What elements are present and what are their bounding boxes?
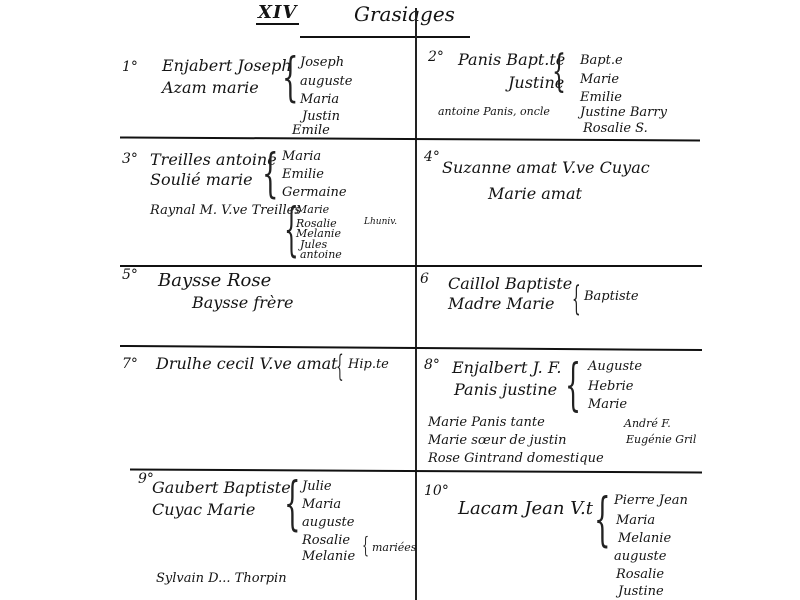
child-name: Julie bbox=[302, 480, 332, 493]
relative-name: Sylvain D... Thorpin bbox=[156, 572, 287, 585]
entry-number: 8° bbox=[424, 358, 440, 372]
row-divider-1 bbox=[120, 136, 700, 141]
annotation: André F. bbox=[624, 418, 671, 429]
child-name: Melanie bbox=[618, 532, 671, 545]
head-name: Treilles antoine bbox=[150, 152, 277, 168]
head-name: Lacam Jean V.t bbox=[458, 500, 593, 518]
head-name: Baysse frère bbox=[192, 295, 293, 311]
head-name: Madre Marie bbox=[448, 296, 555, 312]
child-name: Bapt.e bbox=[580, 54, 623, 67]
child-name: Hebrie bbox=[588, 380, 633, 393]
child-name: Joseph bbox=[300, 56, 344, 69]
child-name: Auguste bbox=[588, 360, 642, 373]
entry-number: 4° bbox=[424, 150, 440, 164]
relative-name: Justine Barry bbox=[580, 106, 667, 119]
child-name: Marie bbox=[588, 398, 627, 411]
head-name: Suzanne amat V.ve Cuyac bbox=[442, 160, 650, 176]
section-number: XIV bbox=[256, 4, 299, 25]
child-name: Marie bbox=[580, 73, 619, 86]
child-name: Hip.te bbox=[348, 358, 389, 371]
child-name: Marie bbox=[296, 204, 329, 215]
brace: { bbox=[284, 474, 301, 532]
brace: { bbox=[282, 52, 299, 104]
brace: { bbox=[262, 148, 279, 200]
child-name: antoine bbox=[300, 249, 342, 260]
child-name: Emilie bbox=[282, 168, 324, 181]
entry-number: 3° bbox=[122, 152, 138, 166]
relative-name: antoine Panis, oncle bbox=[438, 106, 550, 117]
child-name: auguste bbox=[300, 75, 352, 88]
row-divider-2 bbox=[120, 265, 702, 267]
brace: { bbox=[572, 282, 581, 316]
child-name: Maria bbox=[616, 514, 655, 527]
child-name: Maria bbox=[282, 150, 321, 163]
head-name: Caillol Baptiste bbox=[448, 276, 572, 292]
head-name: Panis justine bbox=[454, 382, 557, 398]
child-name: Baptiste bbox=[584, 290, 639, 303]
head-name: Baysse Rose bbox=[158, 272, 271, 290]
relative-name: Raynal M. V.ve Treilles bbox=[150, 204, 301, 217]
annotation: Lhuniv. bbox=[364, 218, 397, 227]
brace: { bbox=[336, 352, 344, 382]
child-name: Justine bbox=[618, 585, 664, 598]
brace: { bbox=[594, 490, 611, 548]
page-title: Grasiages bbox=[354, 4, 455, 24]
brace: { bbox=[552, 50, 566, 94]
head-name: Azam marie bbox=[162, 80, 259, 96]
column-divider bbox=[415, 8, 417, 600]
brace: { bbox=[565, 358, 581, 414]
child-name: Justin bbox=[302, 110, 340, 123]
head-name: Panis Bapt.te bbox=[458, 52, 565, 68]
head-name: Drulhe cecil V.ve amat bbox=[156, 356, 338, 372]
entry-number: 1° bbox=[122, 60, 138, 74]
brace: { bbox=[362, 536, 369, 558]
child-name: Pierre Jean bbox=[614, 494, 688, 507]
entry-number: 2° bbox=[428, 50, 444, 64]
head-name: Marie amat bbox=[488, 186, 582, 202]
child-name: Maria bbox=[300, 93, 339, 106]
title-underline bbox=[300, 36, 470, 38]
head-name: Cuyac Marie bbox=[152, 502, 255, 518]
child-name: Melanie bbox=[302, 550, 355, 563]
entry-number: 6 bbox=[420, 272, 429, 286]
annotation: mariées bbox=[372, 542, 416, 553]
relative-name: Rosalie S. bbox=[583, 122, 648, 135]
row-divider-3 bbox=[120, 345, 702, 351]
child-name: Maria bbox=[302, 498, 341, 511]
child-name: auguste bbox=[302, 516, 354, 529]
child-name: Rosalie bbox=[616, 568, 664, 581]
head-name: Gaubert Baptiste bbox=[152, 480, 291, 496]
child-name: Emile bbox=[292, 124, 330, 137]
register-page: XIV Grasiages 1° Enjabert Joseph Azam ma… bbox=[0, 0, 800, 600]
relative-name: Rose Gintrand domestique bbox=[428, 452, 604, 465]
entry-number: 5° bbox=[122, 268, 138, 282]
child-name: Rosalie bbox=[302, 534, 350, 547]
annotation: Eugénie Gril bbox=[626, 434, 696, 445]
relative-name: Marie Panis tante bbox=[428, 416, 545, 429]
child-name: Emilie bbox=[580, 91, 622, 104]
head-name: Soulié marie bbox=[150, 172, 253, 188]
head-name: Enjabert Joseph bbox=[162, 58, 292, 74]
entry-number: 10° bbox=[424, 484, 449, 498]
relative-name: Marie sœur de justin bbox=[428, 434, 566, 447]
entry-number: 7° bbox=[122, 357, 138, 371]
child-name: auguste bbox=[614, 550, 666, 563]
head-name: Enjalbert J. F. bbox=[452, 360, 562, 376]
